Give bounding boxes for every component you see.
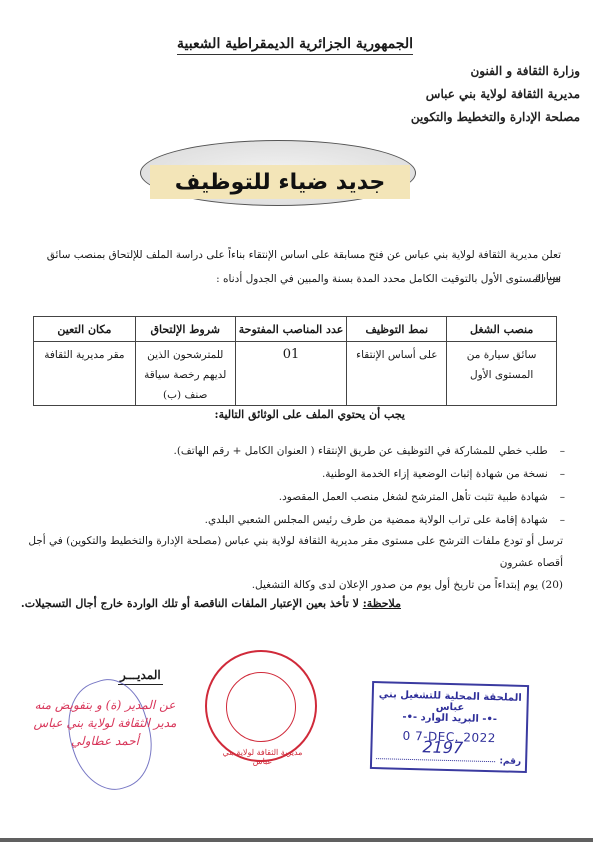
submission-line-1: ترسل أو تودع ملفات الترشح على مستوى مقر … xyxy=(28,530,563,574)
director-title: المديـــر xyxy=(118,668,163,685)
signature-line-2: مدير الثقافة لولاية بني عباس xyxy=(30,714,180,732)
stamp-number: 2197 xyxy=(422,737,463,757)
republic-heading: الجمهورية الجزائرية الديمقراطية الشعبية xyxy=(177,36,413,55)
cell-conditions: للمترشحون الذين لديهم رخصة سياقة صنف (ب) xyxy=(135,342,235,406)
seal-text: مديرية الثقافة لولاية بني عباس xyxy=(215,748,310,766)
table-row: سائق سيارة من المستوى الأول على أساس الإ… xyxy=(34,342,557,406)
submission-paragraph: ترسل أو تودع ملفات الترشح على مستوى مقر … xyxy=(28,530,563,596)
signature-stamp: عن المدير (ة) و بتفويض منه مدير الثقافة … xyxy=(30,696,180,750)
note-label: ملاحظة: xyxy=(363,597,401,610)
cell-recruitment-type: على أساس الإنتقاء xyxy=(347,342,447,406)
intro-line-2: من المستوى الأول بالتوقيت الكامل محدد ال… xyxy=(31,268,561,290)
header-position: منصب الشغل xyxy=(447,317,557,342)
seal-emblem-icon xyxy=(226,672,296,742)
documents-title: يجب أن يحتوي الملف على الوثائق التالية: xyxy=(215,408,405,421)
header-open-positions: عدد المناصب المفتوحة xyxy=(235,317,347,342)
stamp-dotted-line xyxy=(376,758,495,762)
signature-line-3: أحمد عطاولي xyxy=(30,732,180,750)
header-conditions: شروط الإلتحاق xyxy=(135,317,235,342)
jobs-table: منصب الشغل نمط التوظيف عدد المناصب المفت… xyxy=(33,316,557,406)
banner-title: جديد ضياء للتوظيف xyxy=(150,165,410,199)
list-item: طلب خطي للمشاركة في التوظيف عن طريق الإن… xyxy=(173,440,565,463)
list-item: شهادة إقامة على تراب الولاية ممضية من طر… xyxy=(173,509,565,532)
directorate-name: مديرية الثقافة لولاية بني عباس xyxy=(426,87,580,101)
cell-open-positions: 01 xyxy=(235,342,347,406)
note-text: لا تأخذ بعين الإعتبار الملفات الناقصة أو… xyxy=(21,597,363,610)
list-item: شهادة طبية تثبت تأهل المترشح لشغل منصب ا… xyxy=(173,486,565,509)
note: ملاحظة: لا تأخذ بعين الإعتبار الملفات ال… xyxy=(21,597,401,610)
header-location: مكان التعين xyxy=(34,317,136,342)
submission-line-2: (20) يوم إبتداءاً من تاريخ أول يوم من صد… xyxy=(28,574,563,596)
department-name: مصلحة الإدارة والتخطيط والتكوين xyxy=(411,110,580,124)
documents-list: طلب خطي للمشاركة في التوظيف عن طريق الإن… xyxy=(173,440,565,532)
cell-location: مقر مديرية الثقافة xyxy=(34,342,136,406)
ministry-name: وزارة الثقافة و الفنون xyxy=(470,64,580,78)
reception-stamp: الملحقة المحلية للتشغيل بني عباس -•- الب… xyxy=(370,681,529,773)
header-recruitment-type: نمط التوظيف xyxy=(347,317,447,342)
table-header-row: منصب الشغل نمط التوظيف عدد المناصب المفت… xyxy=(34,317,557,342)
signature-line-1: عن المدير (ة) و بتفويض منه xyxy=(30,696,180,714)
cell-position: سائق سيارة من المستوى الأول xyxy=(447,342,557,406)
bottom-border xyxy=(0,838,593,842)
list-item: نسخة من شهادة إثبات الوضعية إزاء الخدمة … xyxy=(173,463,565,486)
stamp-number-label: رقم: xyxy=(499,756,521,767)
